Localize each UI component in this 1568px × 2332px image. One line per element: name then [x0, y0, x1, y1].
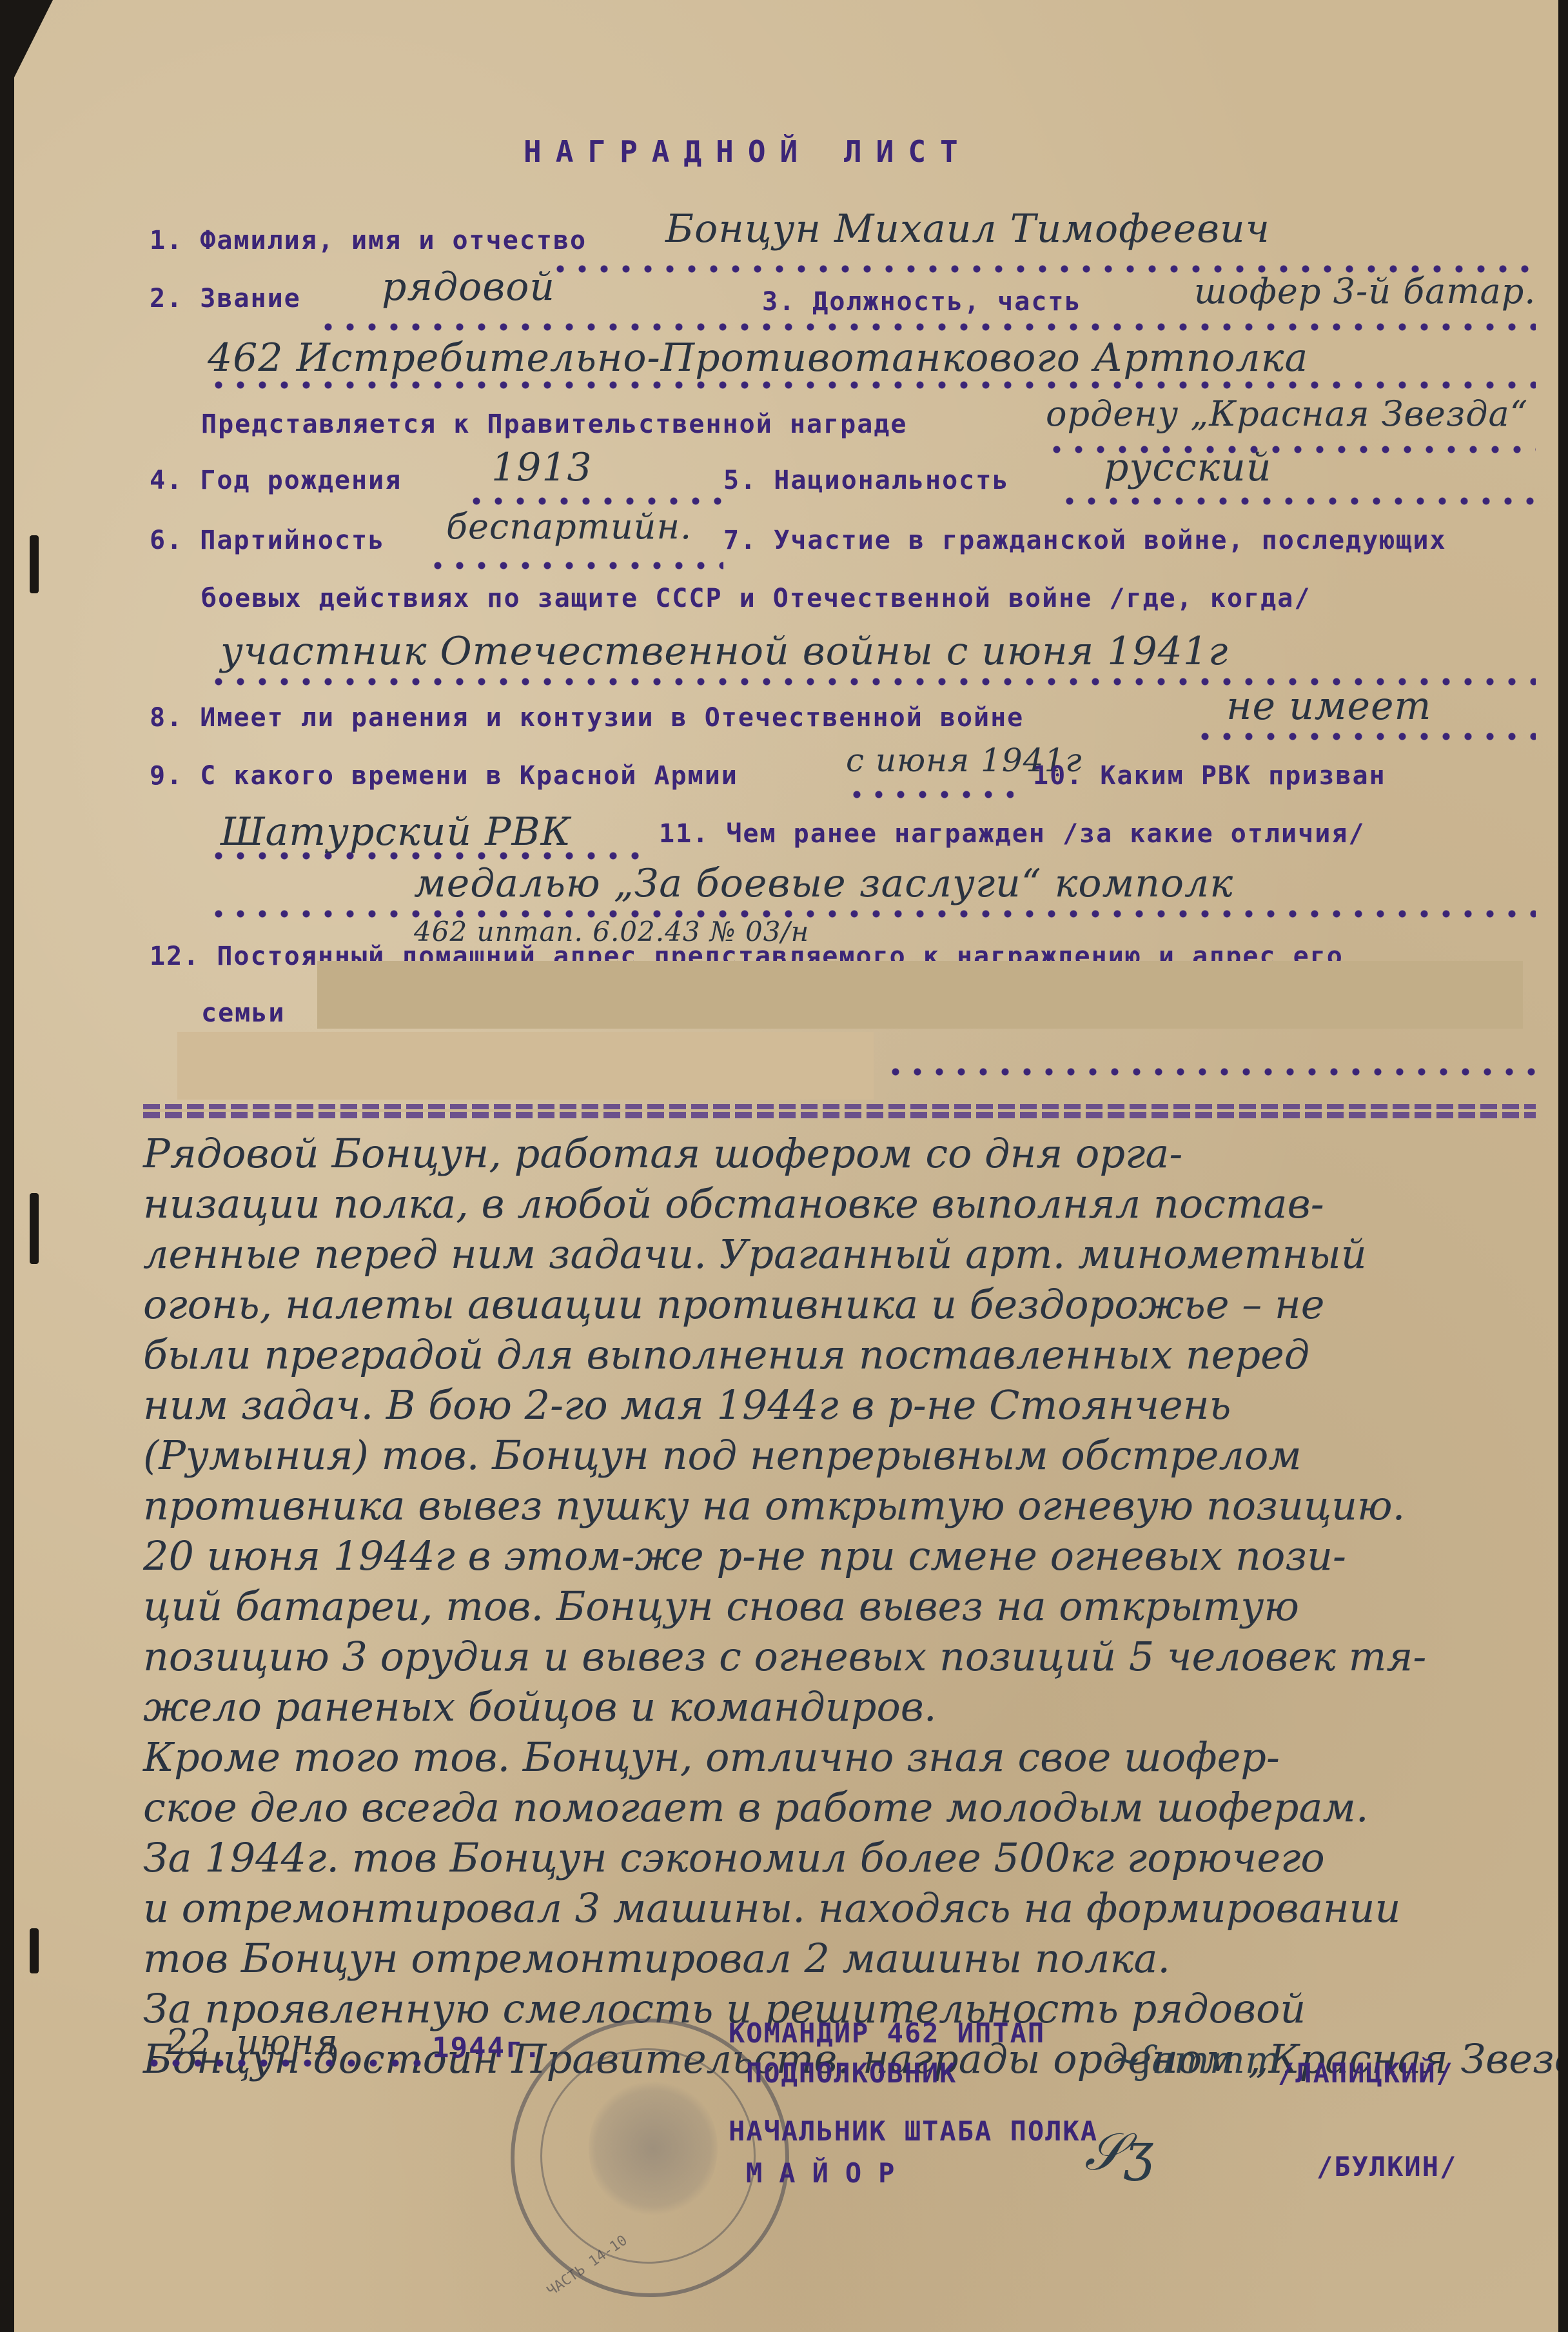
section-separator [143, 1104, 1536, 1118]
field-3-value-position: шофер 3-й батар. [1194, 271, 1536, 311]
narrative-line: низации полка, в любой обстановке выполн… [143, 1179, 1549, 1229]
chief-of-staff-rank: МАЙОР [746, 2157, 911, 2189]
date-dotted-line [143, 2059, 427, 2068]
narrative-line: ское дело всегда помогает в работе молод… [143, 1783, 1549, 1833]
narrative-line: Рядовой Бонцун, работая шофером со дня о… [143, 1129, 1549, 1179]
commander-rank: ПОДПОЛКОВНИК [746, 2057, 957, 2089]
paper-tear-mark [30, 1193, 39, 1264]
narrative-line: были преградой для выполнения поставленн… [143, 1330, 1549, 1380]
award-value: ордену „Красная Звезда“ [1046, 393, 1528, 434]
narrative-line: жело раненых бойцов и командиров. [143, 1682, 1549, 1732]
field-7-label-cont: боевых действиях по защите СССР и Отечес… [201, 584, 1311, 613]
field-7-value-war-participation: участник Отечественной войны с июня 1941… [220, 629, 1228, 674]
field-8-value-wounds: не имеет [1226, 684, 1431, 729]
field-7-label: 7. Участие в гражданской войне, последую… [723, 526, 1447, 555]
field-6-value-party: беспартийн. [446, 506, 692, 547]
narrative-line: ним задач. В бою 2-го мая 1944г в р-не С… [143, 1380, 1549, 1430]
redacted-address-block-2 [177, 1032, 874, 1100]
chief-of-staff-signature: 𝒮ʒ [1084, 2122, 1153, 2182]
narrative-line: противника вывез пушку на открытую огнев… [143, 1481, 1549, 1531]
field-6-label: 6. Партийность [150, 526, 385, 555]
field-8-label: 8. Имеет ли ранения и контузии в Отечест… [150, 703, 1024, 733]
narrative-line: ленные перед ним задачи. Ураганный арт. … [143, 1229, 1549, 1280]
date-day: 22 [166, 2022, 211, 2062]
field-3-label: 3. Должность, часть [762, 287, 1082, 317]
field-6-dotted-line [427, 561, 723, 570]
field-2-label: 2. Звание [150, 284, 301, 313]
seal-text: ЧАСТЬ 14-10 [544, 2232, 631, 2299]
field-11-label: 11. Чем ранее награжден /за какие отличи… [659, 819, 1365, 849]
field-10-label: 10. Каким РВК призван [1033, 761, 1386, 791]
narrative-line: 20 июня 1944г в этом-же р-не при смене о… [143, 1531, 1549, 1581]
narrative-line: тов Бонцун отремонтировал 2 машины полка… [143, 1933, 1549, 1984]
document-title: НАГРАДНОЙ ЛИСТ [524, 134, 972, 169]
field-5-value-nationality: русский [1104, 445, 1272, 490]
field-1-value-name: Бонцун Михаил Тимофеевич [665, 206, 1270, 252]
field-3-value-unit: 462 Истребительно-Противотанкового Артпо… [208, 335, 1308, 380]
field-11-dotted-line [208, 909, 1536, 918]
field-8-dotted-line [1194, 732, 1536, 741]
paper-tear-mark [30, 1928, 39, 1973]
narrative-line: ций батареи, тов. Бонцун снова вывез на … [143, 1581, 1549, 1632]
field-10-dotted-line [208, 851, 646, 860]
commander-signature: ~ʃammm [1110, 2038, 1280, 2082]
field-11-value-prior-award: медалью „За боевые заслуги“ комполк [414, 861, 1233, 906]
field-5-dotted-line [1059, 497, 1536, 506]
award-label: Представляется к Правительственной награ… [201, 410, 907, 439]
field-5-label: 5. Национальность [723, 466, 1009, 495]
field-12-label-cont: семьи [201, 998, 285, 1028]
redacted-address-block [317, 961, 1523, 1029]
narrative-line: Кроме того тов. Бонцун, отлично зная сво… [143, 1732, 1549, 1783]
narrative-line: огонь, налеты авиации противника и бездо… [143, 1280, 1549, 1330]
field-2-dotted-line [317, 322, 1536, 331]
field-1-label: 1. Фамилия, имя и отчество [150, 226, 587, 255]
date-year: 1944г. [432, 2031, 542, 2064]
field-9-dotted-line [846, 790, 1014, 799]
award-sheet-page: НАГРАДНОЙ ЛИСТ 1. Фамилия, имя и отчеств… [14, 0, 1558, 2332]
award-narrative: Рядовой Бонцун, работая шофером со дня о… [143, 1129, 1549, 2084]
seal-emblem [589, 2077, 718, 2219]
field-2-value-rank: рядовой [382, 264, 555, 310]
narrative-line: За 1944г. тов Бонцун сэкономил более 500… [143, 1833, 1549, 1883]
field-4-value-birth-year: 1913 [491, 445, 593, 490]
date-month: июня [237, 2022, 338, 2062]
field-4-dotted-line [465, 497, 723, 506]
narrative-line: и отремонтировал 3 машины. находясь на ф… [143, 1883, 1549, 1933]
narrative-line: (Румыния) тов. Бонцун под непрерывным об… [143, 1430, 1549, 1481]
narrative-line: позицию 3 орудия и вывез с огневых позиц… [143, 1632, 1549, 1682]
chief-of-staff-name: /БУЛКИН/ [1317, 2151, 1457, 2182]
field-4-label: 4. Год рождения [150, 466, 402, 495]
field-3-dotted-line [208, 380, 1536, 390]
field-12-dotted-line [885, 1067, 1536, 1076]
commander-name: /ЛАПИЦКИЙ/ [1278, 2057, 1454, 2089]
chief-of-staff-title: НАЧАЛЬНИК ШТАБА ПОЛКА [729, 2115, 1098, 2147]
commander-title: КОМАНДИР 462 ИПТАП [729, 2017, 1045, 2049]
field-9-label: 9. С какого времени в Красной Армии [150, 761, 738, 791]
paper-tear-mark [30, 535, 39, 593]
field-10-value-rvk: Шатурский РВК [220, 809, 571, 855]
